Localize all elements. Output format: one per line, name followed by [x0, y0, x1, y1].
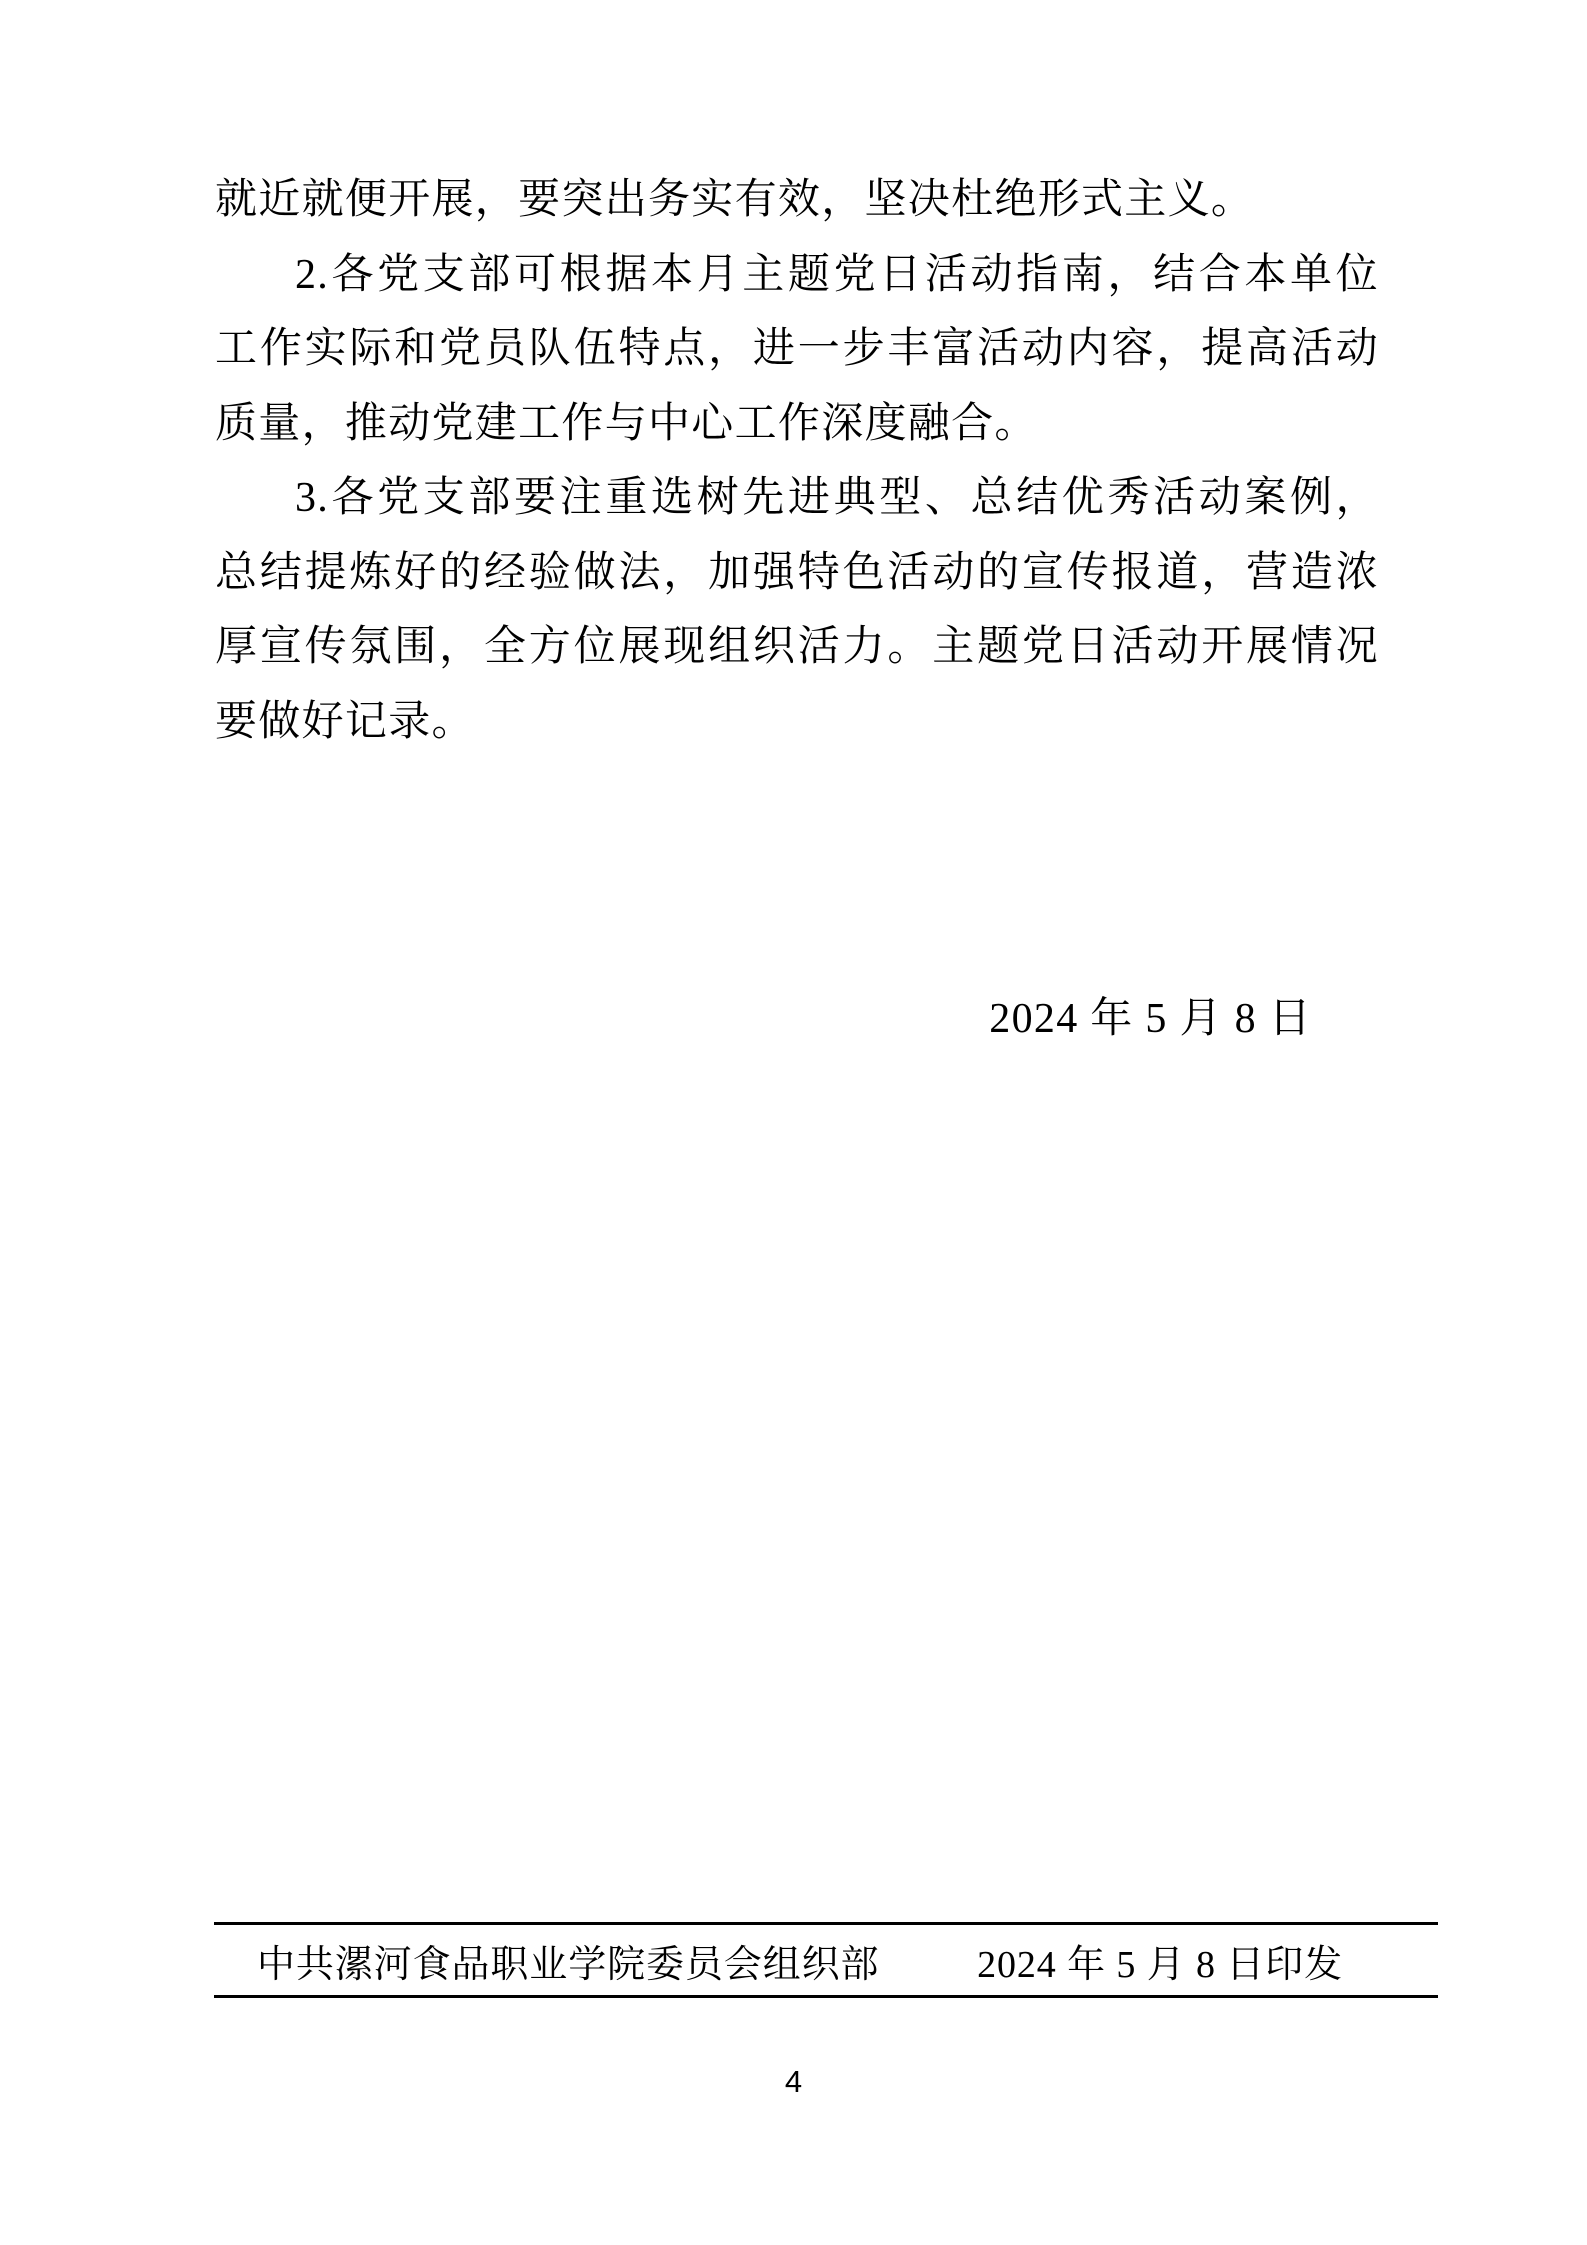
signature-date: 2024 年 5 月 8 日 [215, 982, 1379, 1057]
body-line: 2.各党支部可根据本月主题党日活动指南，结合本单位 [215, 238, 1379, 313]
body-line: 工作实际和党员队伍特点，进一步丰富活动内容，提高活动 [215, 312, 1379, 387]
body-text-block: 就近就便开展，要突出务实有效，坚决杜绝形式主义。2.各党支部可根据本月主题党日活… [215, 163, 1379, 759]
colophon-issuer: 中共漯河食品职业学院委员会组织部 [257, 1933, 879, 1988]
body-line: 总结提炼好的经验做法，加强特色活动的宣传报道，营造浓 [215, 536, 1379, 611]
body-line: 厚宣传氛围，全方位展现组织活力。主题党日活动开展情况 [215, 610, 1379, 685]
body-line: 3.各党支部要注重选树先进典型、总结优秀活动案例， [215, 461, 1379, 536]
body-line: 就近就便开展，要突出务实有效，坚决杜绝形式主义。 [215, 163, 1379, 238]
page-number: 4 [0, 2064, 1587, 2100]
document-page: 就近就便开展，要突出务实有效，坚决杜绝形式主义。2.各党支部可根据本月主题党日活… [0, 0, 1587, 2245]
colophon-print-date: 2024 年 5 月 8 日印发 [977, 1933, 1343, 1988]
body-line: 要做好记录。 [215, 685, 1379, 760]
colophon: 中共漯河食品职业学院委员会组织部 2024 年 5 月 8 日印发 [214, 1922, 1438, 1998]
body-line: 质量，推动党建工作与中心工作深度融合。 [215, 387, 1379, 462]
